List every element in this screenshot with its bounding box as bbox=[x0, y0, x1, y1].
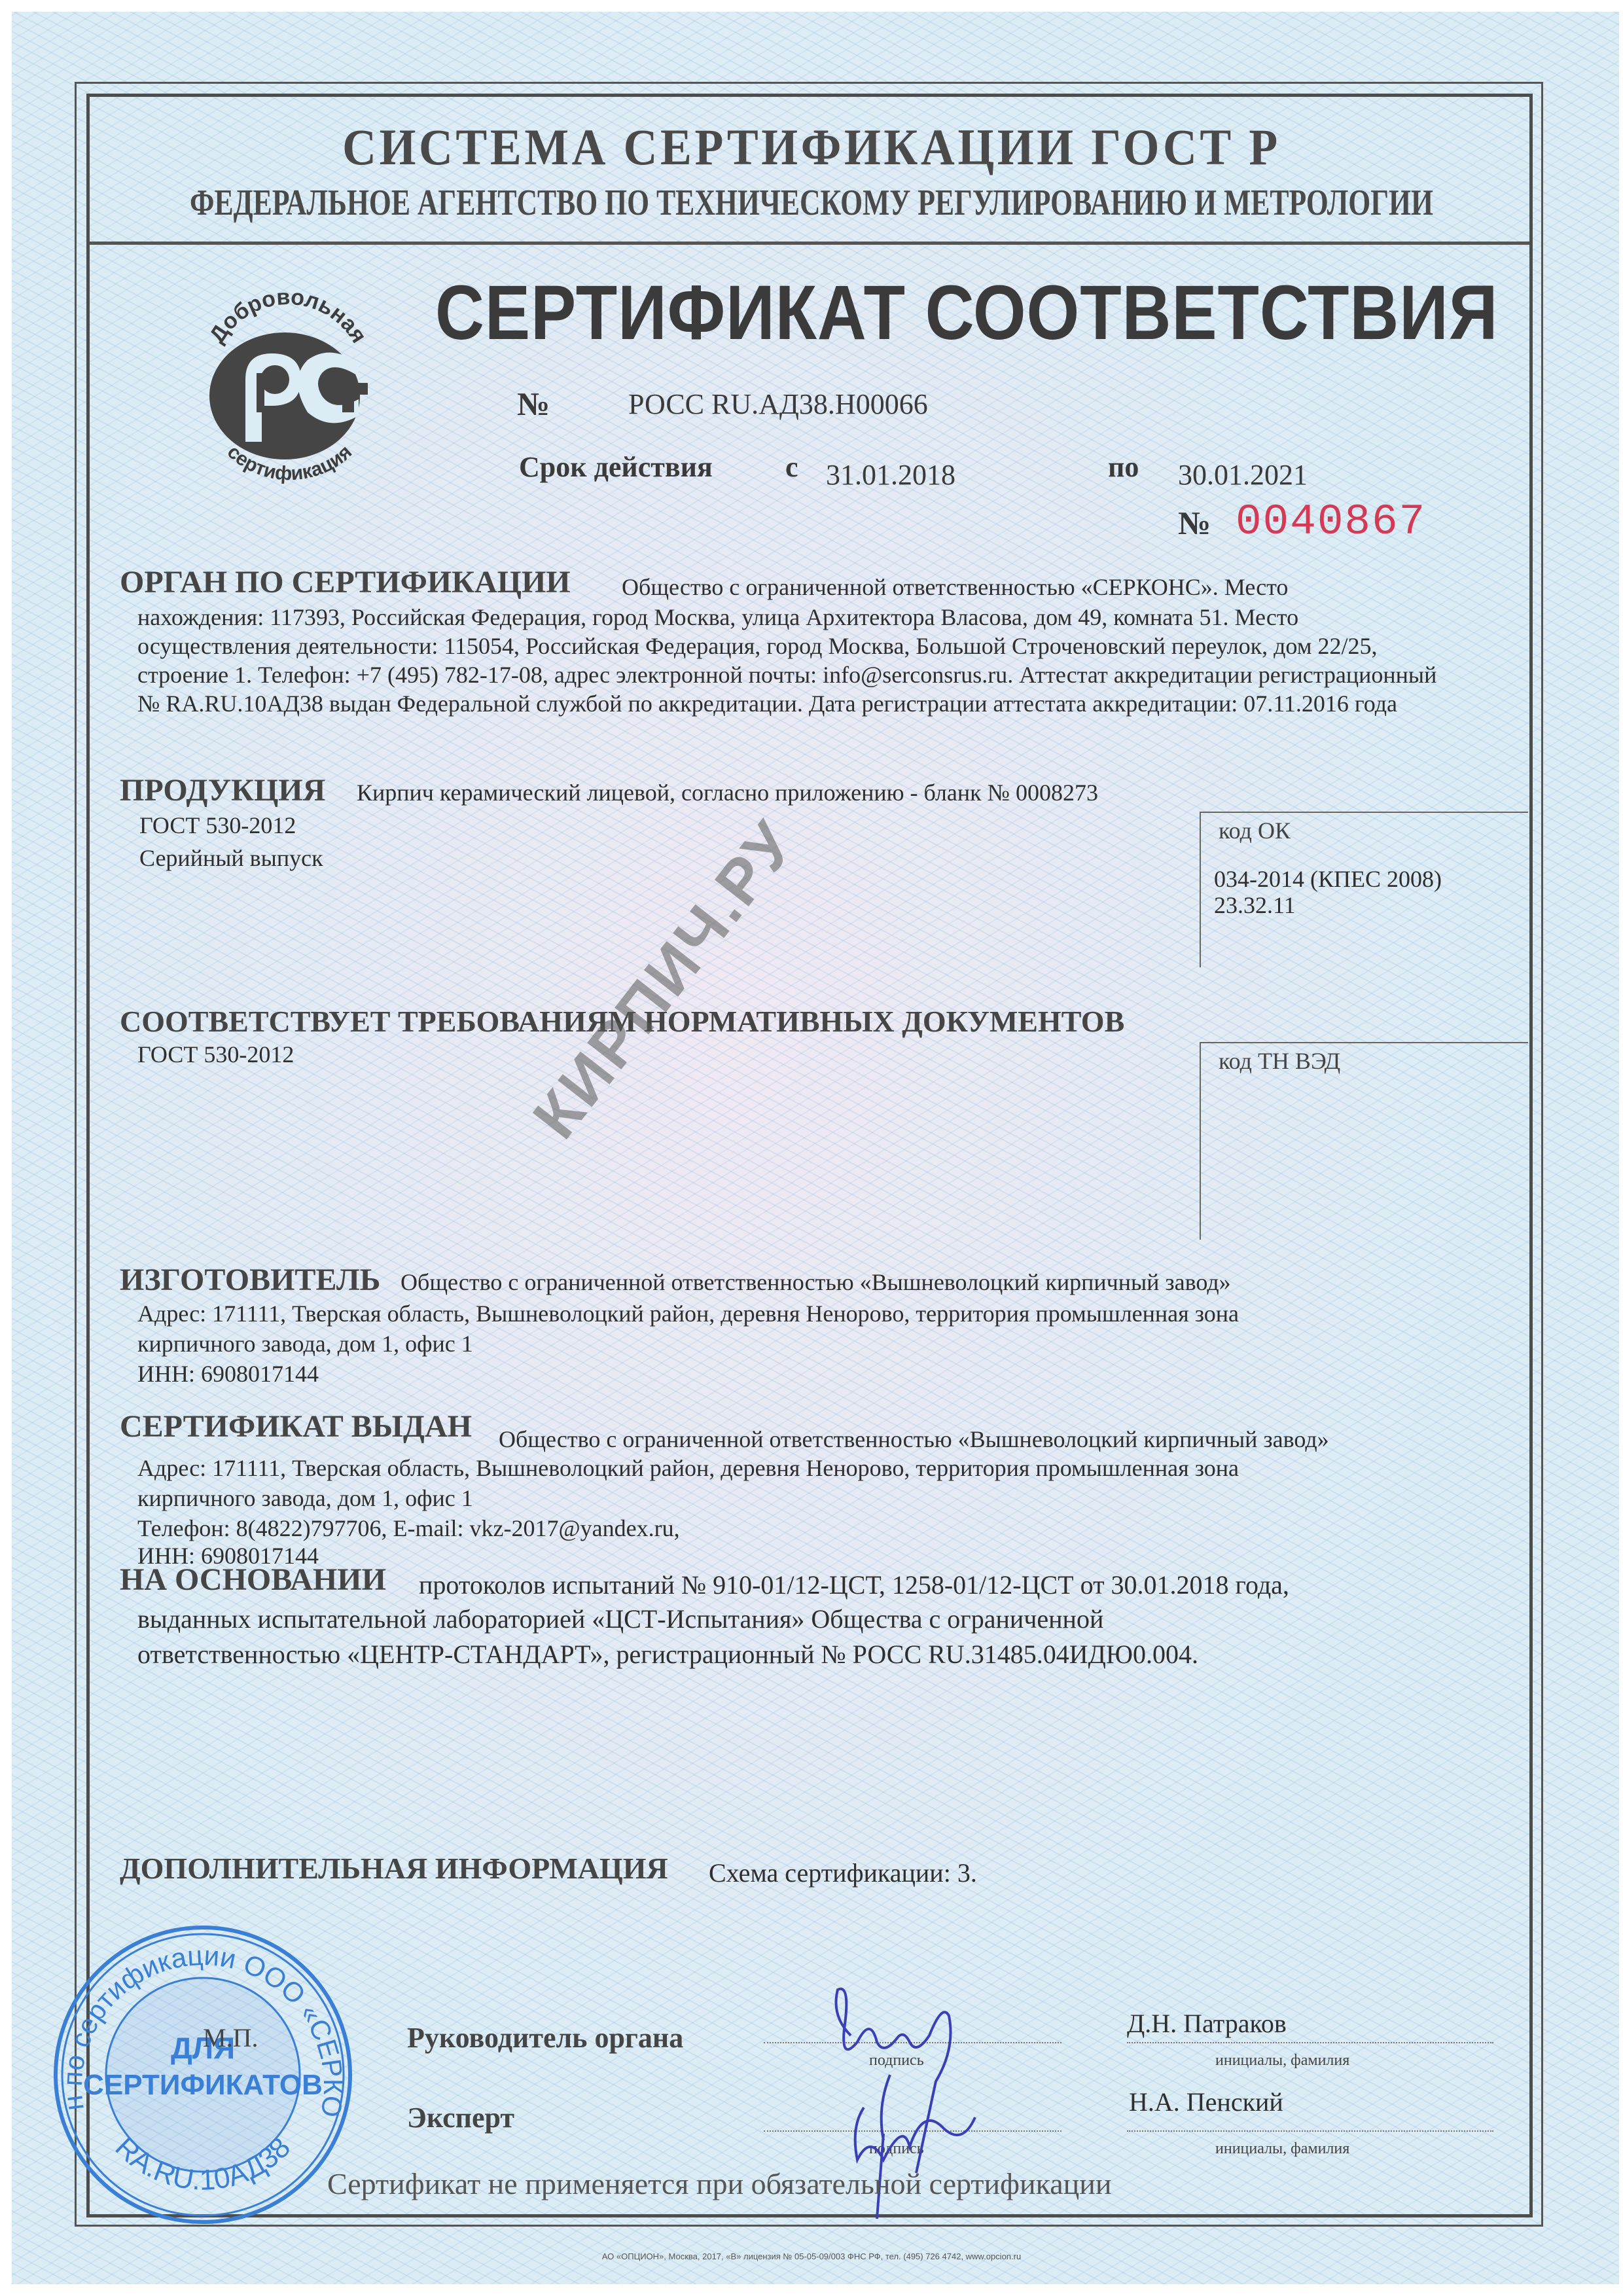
ok-code-line1: 034-2014 (КПЕС 2008) bbox=[1214, 865, 1442, 893]
basis-first-line: протоколов испытаний № 910-01/12-ЦСТ, 12… bbox=[419, 1570, 1289, 1600]
head-name-caption: инициалы, фамилия bbox=[1215, 2052, 1349, 2070]
disclaimer-text: Сертификат не применяется при обязательн… bbox=[327, 2166, 1112, 2201]
header-divider bbox=[90, 242, 1529, 245]
blank-serial-number: 0040867 bbox=[1236, 497, 1426, 547]
manufacturer-heading: ИЗГОТОВИТЕЛЬ bbox=[120, 1262, 380, 1298]
stamp-center-line2: СЕРТИФИКАТОВ bbox=[83, 2069, 323, 2101]
expert-name-line bbox=[1127, 2130, 1493, 2132]
seal-place-mark: М.П. bbox=[203, 2022, 258, 2053]
expert-label: Эксперт bbox=[407, 2101, 514, 2134]
head-name-line bbox=[1127, 2042, 1493, 2043]
rst-logo-icon: Добровольная сертификация bbox=[183, 281, 393, 491]
basis-line: ответственностью «ЦЕНТР-СТАНДАРТ», регис… bbox=[137, 1639, 1198, 1670]
additional-info-heading: ДОПОЛНИТЕЛЬНАЯ ИНФОРМАЦИЯ bbox=[120, 1851, 668, 1886]
system-header: СИСТЕМА СЕРТИФИКАЦИИ ГОСТ Р bbox=[65, 118, 1558, 177]
manufacturer-name: Общество с ограниченной ответственностью… bbox=[401, 1268, 1231, 1296]
certification-body-line: № RA.RU.10АД38 выдан Федеральной службой… bbox=[137, 690, 1397, 717]
expert-name: Н.А. Пенский bbox=[1129, 2087, 1283, 2117]
issued-to-line: кирпичного завода, дом 1, офис 1 bbox=[137, 1484, 473, 1512]
manufacturer-line: кирпичного завода, дом 1, офис 1 bbox=[137, 1330, 473, 1357]
product-description: Кирпич керамический лицевой, согласно пр… bbox=[357, 779, 1098, 806]
certification-body-heading: ОРГАН ПО СЕРТИФИКАЦИИ bbox=[120, 564, 571, 600]
validity-label: Срок действия bbox=[519, 450, 713, 484]
expert-name-caption: инициалы, фамилия bbox=[1215, 2140, 1349, 2158]
validity-to-label: по bbox=[1108, 450, 1139, 484]
basis-heading: НА ОСНОВАНИИ bbox=[120, 1562, 386, 1598]
product-standard: ГОСТ 530-2012 bbox=[139, 812, 296, 839]
tnved-code-label: код ТН ВЭД bbox=[1219, 1047, 1340, 1075]
agency-header: ФЕДЕРАЛЬНОЕ АГЕНТСТВО ПО ТЕХНИЧЕСКОМУ РЕ… bbox=[179, 182, 1444, 224]
certificate-number: РОСС RU.АД38.Н00066 bbox=[628, 387, 928, 421]
certification-body-line: нахождения: 117393, Российская Федерация… bbox=[137, 603, 1298, 631]
manufacturer-line: ИНН: 6908017144 bbox=[137, 1360, 319, 1388]
product-heading: ПРОДУКЦИЯ bbox=[120, 772, 325, 808]
validity-from-label: с bbox=[785, 450, 798, 484]
issued-to-heading: СЕРТИФИКАТ ВЫДАН bbox=[120, 1408, 472, 1444]
basis-line: выданных испытательной лабораторией «ЦСТ… bbox=[137, 1604, 1103, 1634]
issued-to-name: Общество с ограниченной ответственностью… bbox=[499, 1426, 1329, 1453]
certification-body-name: Общество с ограниченной ответственностью… bbox=[622, 573, 1288, 601]
head-name: Д.Н. Патраков bbox=[1127, 2008, 1287, 2039]
document-title: СЕРТИФИКАТ СООТВЕТСТВИЯ bbox=[435, 268, 1498, 357]
product-release-type: Серийный выпуск bbox=[139, 844, 323, 872]
ok-code-line2: 23.32.11 bbox=[1214, 891, 1296, 919]
number-sign: № bbox=[517, 385, 550, 423]
certification-body-line: осуществления деятельности: 115054, Росс… bbox=[137, 632, 1378, 660]
printer-footer: АО «ОПЦИОН», Москва, 2017, «В» лицензия … bbox=[0, 2251, 1623, 2261]
ok-code-label: код ОК bbox=[1219, 817, 1291, 844]
issued-to-line: Телефон: 8(4822)797706, E-mail: vkz-2017… bbox=[137, 1515, 680, 1542]
validity-to-date: 30.01.2021 bbox=[1178, 458, 1308, 492]
seal-stamp-icon: Орган по сертификации ООО «СЕРКОНС» RA.R… bbox=[46, 1918, 360, 2232]
issued-to-line: Адрес: 171111, Тверская область, Вышнево… bbox=[137, 1454, 1239, 1482]
certification-body-line: строение 1. Телефон: +7 (495) 782-17-08,… bbox=[137, 661, 1436, 689]
blank-number-sign: № bbox=[1178, 504, 1211, 542]
conformity-standard: ГОСТ 530-2012 bbox=[137, 1041, 294, 1068]
manufacturer-line: Адрес: 171111, Тверская область, Вышнево… bbox=[137, 1300, 1239, 1327]
head-of-body-label: Руководитель органа bbox=[407, 2021, 683, 2054]
validity-from-date: 31.01.2018 bbox=[826, 458, 955, 492]
additional-info-text: Схема сертификации: 3. bbox=[709, 1857, 977, 1888]
